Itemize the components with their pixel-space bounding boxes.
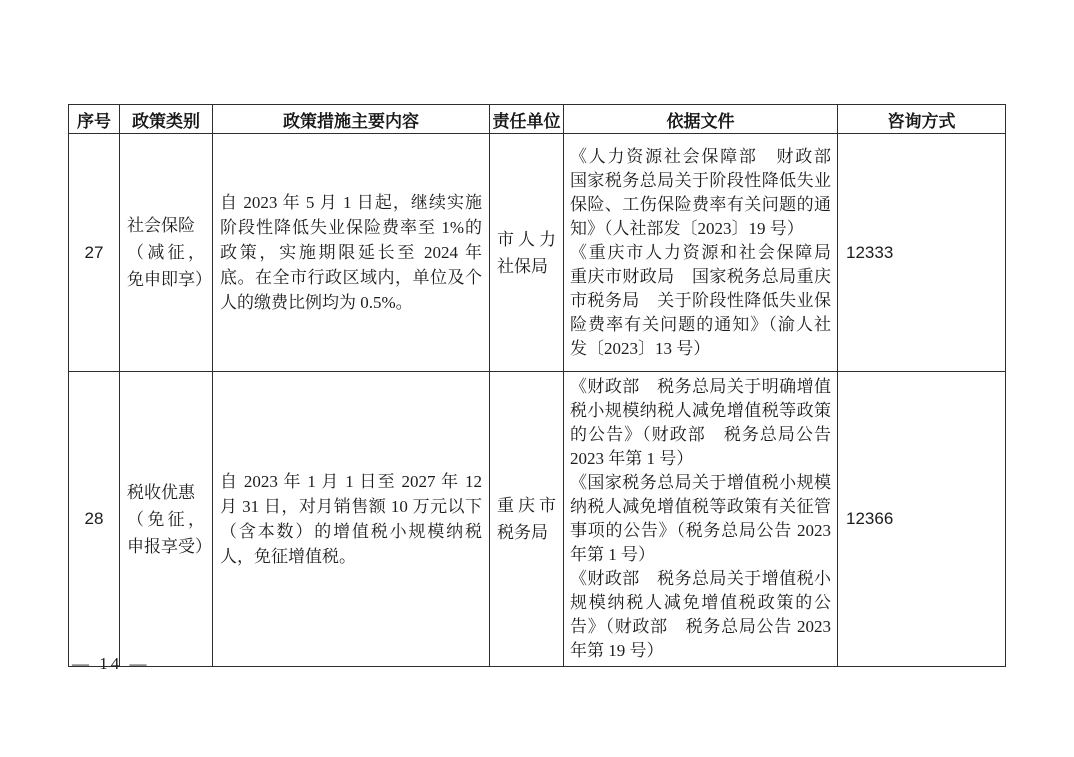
cell-serial-number: 28 [69,372,120,667]
cell-policy-content: 自 2023 年 5 月 1 日起，继续实施阶段性降低失业保险费率至 1%的政策… [213,134,490,372]
header-serial-number: 序号 [69,105,120,134]
cell-consultation-hotline: 12333 [838,134,1006,372]
header-policy-content: 政策措施主要内容 [213,105,490,134]
table-header-row: 序号 政策类别 政策措施主要内容 责任单位 依据文件 咨询方式 [69,105,1006,134]
page-number: — 14 — [72,654,150,674]
cell-responsible-unit: 市人力社保局 [490,134,564,372]
document-reference: 《财政部 税务总局关于明确增值税小规模纳税人减免增值税等政策的公告》（财政部 税… [570,375,831,471]
cell-serial-number: 27 [69,134,120,372]
header-basis-documents: 依据文件 [564,105,838,134]
policy-table: 序号 政策类别 政策措施主要内容 责任单位 依据文件 咨询方式 27 社会保险 … [68,104,1006,667]
cell-policy-content: 自 2023 年 1 月 1 日至 2027 年 12 月 31 日，对月销售额… [213,372,490,667]
table-row-27: 27 社会保险 （减征，免申即享） 自 2023 年 5 月 1 日起，继续实施… [69,134,1006,372]
header-consultation-method: 咨询方式 [838,105,1006,134]
cell-policy-category: 社会保险 （减征，免申即享） [120,134,213,372]
cell-responsible-unit: 重庆市税务局 [490,372,564,667]
cell-basis-documents: 《人力资源社会保障部 财政部 国家税务总局关于阶段性降低失业保险、工伤保险费率有… [564,134,838,372]
header-responsible-unit: 责任单位 [490,105,564,134]
document-reference: 《人力资源社会保障部 财政部 国家税务总局关于阶段性降低失业保险、工伤保险费率有… [570,145,831,241]
header-policy-category: 政策类别 [120,105,213,134]
cell-policy-category: 税收优惠 （免征，申报享受） [120,372,213,667]
document-reference: 《国家税务总局关于增值税小规模纳税人减免增值税等政策有关征管事项的公告》（税务总… [570,471,831,567]
document-reference: 《财政部 税务总局关于增值税小规模纳税人减免增值税政策的公告》（财政部 税务总局… [570,567,831,663]
table-row-28: 28 税收优惠 （免征，申报享受） 自 2023 年 1 月 1 日至 2027… [69,372,1006,667]
cell-consultation-hotline: 12366 [838,372,1006,667]
cell-basis-documents: 《财政部 税务总局关于明确增值税小规模纳税人减免增值税等政策的公告》（财政部 税… [564,372,838,667]
document-reference: 《重庆市人力资源和社会保障局 重庆市财政局 国家税务总局重庆市税务局 关于阶段性… [570,241,831,361]
